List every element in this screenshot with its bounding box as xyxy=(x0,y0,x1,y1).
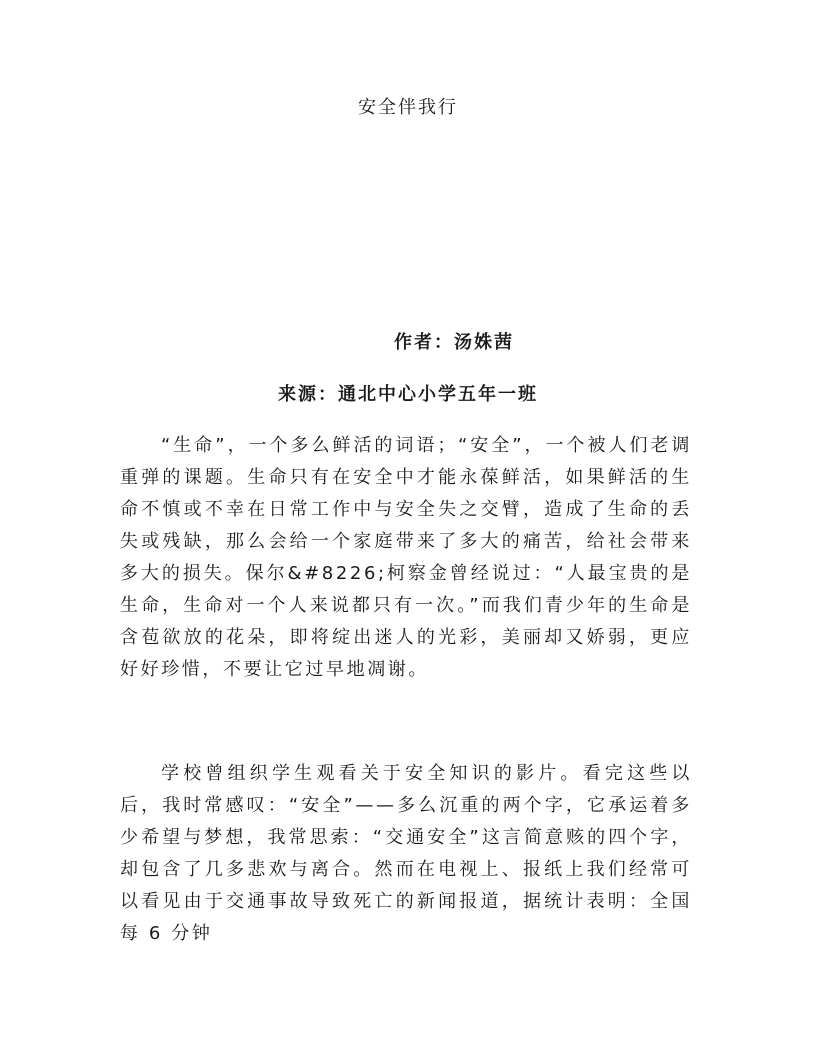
body-paragraph: “生命”，一个多么鲜活的词语；“安全”，一个被人们老调重弹的课题。生命只有在安全… xyxy=(120,430,692,686)
body-paragraph-1-container: “生命”，一个多么鲜活的词语；“安全”，一个被人们老调重弹的课题。生命只有在安全… xyxy=(120,430,692,686)
source-line: 来源：通北中心小学五年一班 xyxy=(0,383,816,407)
author-line: 作者：汤姝茜 xyxy=(46,331,816,355)
document-title: 安全伴我行 xyxy=(0,96,816,120)
body-paragraph: 学校曾组织学生观看关于安全知识的影片。看完这些以后，我时常感叹：“安全”——多么… xyxy=(120,758,692,950)
body-paragraph-2-container: 学校曾组织学生观看关于安全知识的影片。看完这些以后，我时常感叹：“安全”——多么… xyxy=(120,758,692,950)
document-page: 安全伴我行 作者：汤姝茜 来源：通北中心小学五年一班 “生命”，一个多么鲜活的词… xyxy=(0,0,816,1056)
